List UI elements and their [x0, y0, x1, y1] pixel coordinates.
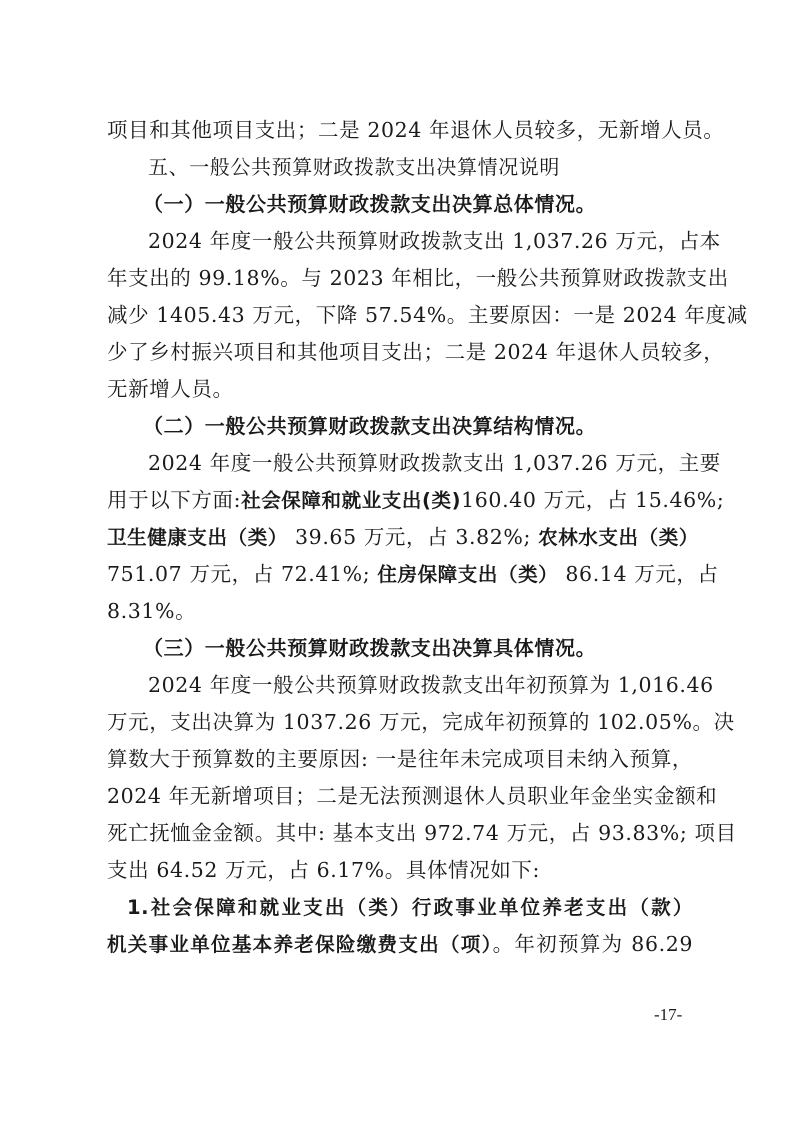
- sub3-line: 2024 年无新增项目；二是无法预测退休人员职业年金坐实金额和: [107, 778, 693, 815]
- item1-heading-cont: 机关事业单位基本养老保险缴费支出（项）: [107, 933, 493, 956]
- category-value: 86.14 万元，占: [565, 562, 718, 586]
- sub3-line: 支出 64.52 万元，占 6.17%。具体情况如下:: [107, 852, 693, 889]
- sub1-line: 少了乡村振兴项目和其他项目支出；二是 2024 年退休人员较多，: [107, 334, 693, 371]
- continuation-line: 项目和其他项目支出；二是 2024 年退休人员较多，无新增人员。: [107, 112, 693, 149]
- page-number: -17-: [654, 1005, 682, 1025]
- sub2-line: 8.31%。: [107, 593, 693, 630]
- category-label: 社会保障和就业支出(类): [241, 489, 461, 512]
- sub1-line: 2024 年度一般公共预算财政拨款支出 1,037.26 万元，占本: [107, 223, 693, 260]
- document-page: 项目和其他项目支出；二是 2024 年退休人员较多，无新增人员。 五、一般公共预…: [107, 112, 693, 963]
- sub2-line: 用于以下方面:社会保障和就业支出(类)160.40 万元，占 15.46%;: [107, 482, 693, 519]
- item1-line: 机关事业单位基本养老保险缴费支出（项）。年初预算为 86.29: [107, 926, 693, 963]
- item1-heading: 1.社会保障和就业支出（类）行政事业单位养老支出（款）: [127, 896, 693, 919]
- category-value: 160.40 万元，占 15.46%;: [461, 488, 724, 512]
- sub2-line: 卫生健康支出（类） 39.65 万元，占 3.82%; 农林水支出（类）: [107, 519, 693, 556]
- sub1-line: 无新增人员。: [107, 371, 693, 408]
- category-label: 卫生健康支出（类）: [107, 526, 288, 549]
- item1-line: 1.社会保障和就业支出（类）行政事业单位养老支出（款）: [107, 889, 693, 926]
- sub2-prefix: 用于以下方面:: [107, 488, 241, 512]
- item1-text: 。年初预算为 86.29: [493, 932, 693, 956]
- category-value: 751.07 万元，占 72.41%;: [107, 562, 370, 586]
- sub3-title: （三）一般公共预算财政拨款支出决算具体情况。: [107, 630, 693, 667]
- sub3-line: 死亡抚恤金金额。其中: 基本支出 972.74 万元，占 93.83%; 项目: [107, 815, 693, 852]
- sub1-line: 减少 1405.43 万元，下降 57.54%。主要原因：一是 2024 年度减: [107, 297, 693, 334]
- sub3-line: 算数大于预算数的主要原因: 一是往年未完成项目未纳入预算，: [107, 741, 693, 778]
- sub2-title: （二）一般公共预算财政拨款支出决算结构情况。: [107, 408, 693, 445]
- category-label: 农林水支出（类）: [538, 526, 699, 549]
- sub2-line: 2024 年度一般公共预算财政拨款支出 1,037.26 万元，主要: [107, 445, 693, 482]
- sub3-line: 万元，支出决算为 1037.26 万元，完成年初预算的 102.05%。决: [107, 704, 693, 741]
- section-5-title: 五、一般公共预算财政拨款支出决算情况说明: [107, 149, 693, 186]
- sub1-line: 年支出的 99.18%。与 2023 年相比，一般公共预算财政拨款支出: [107, 260, 693, 297]
- sub1-title: （一）一般公共预算财政拨款支出决算总体情况。: [107, 186, 693, 223]
- sub3-line: 2024 年度一般公共预算财政拨款支出年初预算为 1,016.46: [107, 667, 693, 704]
- sub2-line: 751.07 万元，占 72.41%; 住房保障支出（类） 86.14 万元，占: [107, 556, 693, 593]
- category-label: 住房保障支出（类）: [377, 563, 558, 586]
- category-value: 39.65 万元，占 3.82%;: [295, 525, 531, 549]
